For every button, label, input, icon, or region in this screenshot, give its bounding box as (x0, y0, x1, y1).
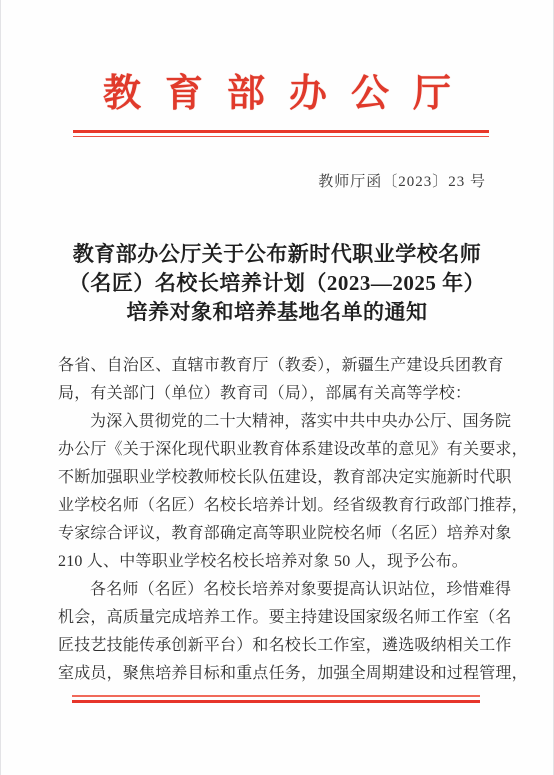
footer-rule-light (72, 695, 480, 697)
footer-rule-dark (72, 700, 480, 703)
body-text-line: 为深入贯彻党的二十大精神，落实中共中央办公厅、国务院 (58, 408, 498, 436)
body-text-line: 机会，高质量完成培养工作。要主持建设国家级名师工作室（名 (58, 604, 498, 632)
document-title-line: 培养对象和培养基地名单的通知 (31, 298, 523, 327)
body-text-line: 不断加强职业学校教师校长队伍建设，教育部决定实施新时代职 (58, 464, 498, 492)
body-text-line: 局，有关部门（单位）教育司（局），部属有关高等学校： (58, 380, 498, 408)
document-page: 教育部办公厅 教师厅函〔2023〕23 号 教育部办公厅关于公布新时代职业学校名… (0, 0, 554, 775)
body-text-line: 各省、自治区、直辖市教育厅（教委），新疆生产建设兵团教育 (58, 352, 498, 380)
body-text-line: 匠技艺技能传承创新平台）和名校长工作室，遴选吸纳相关工作 (58, 632, 498, 660)
letterhead-rule-thick (73, 130, 489, 133)
document-number: 教师厅函〔2023〕23 号 (318, 170, 486, 191)
document-title-line: 教育部办公厅关于公布新时代职业学校名师 (31, 240, 523, 269)
body-text-line: 室成员，聚焦培养目标和重点任务，加强全周期建设和过程管理， (58, 660, 498, 688)
body-text-line: 专家综合评议，教育部确定高等职业院校名师（名匠）培养对象 (58, 520, 498, 548)
letterhead-org-name: 教育部办公厅 (1, 74, 553, 114)
document-title: 教育部办公厅关于公布新时代职业学校名师（名匠）名校长培养计划（2023—2025… (31, 240, 523, 327)
body-text-line: 210 人、中等职业学校名校长培养对象 50 人，现予公布。 (58, 548, 498, 576)
document-title-line: （名匠）名校长培养计划（2023—2025 年） (31, 269, 523, 298)
document-body: 各省、自治区、直辖市教育厅（教委），新疆生产建设兵团教育局，有关部门（单位）教育… (58, 352, 498, 688)
body-text-line: 办公厅《关于深化现代职业教育体系建设改革的意见》有关要求， (58, 436, 498, 464)
body-text-line: 各名师（名匠）名校长培养对象要提高认识站位，珍惜难得 (58, 576, 498, 604)
letterhead-rule-thin (73, 136, 489, 137)
body-text-line: 业学校名师（名匠）名校长培养计划。经省级教育行政部门推荐， (58, 492, 498, 520)
